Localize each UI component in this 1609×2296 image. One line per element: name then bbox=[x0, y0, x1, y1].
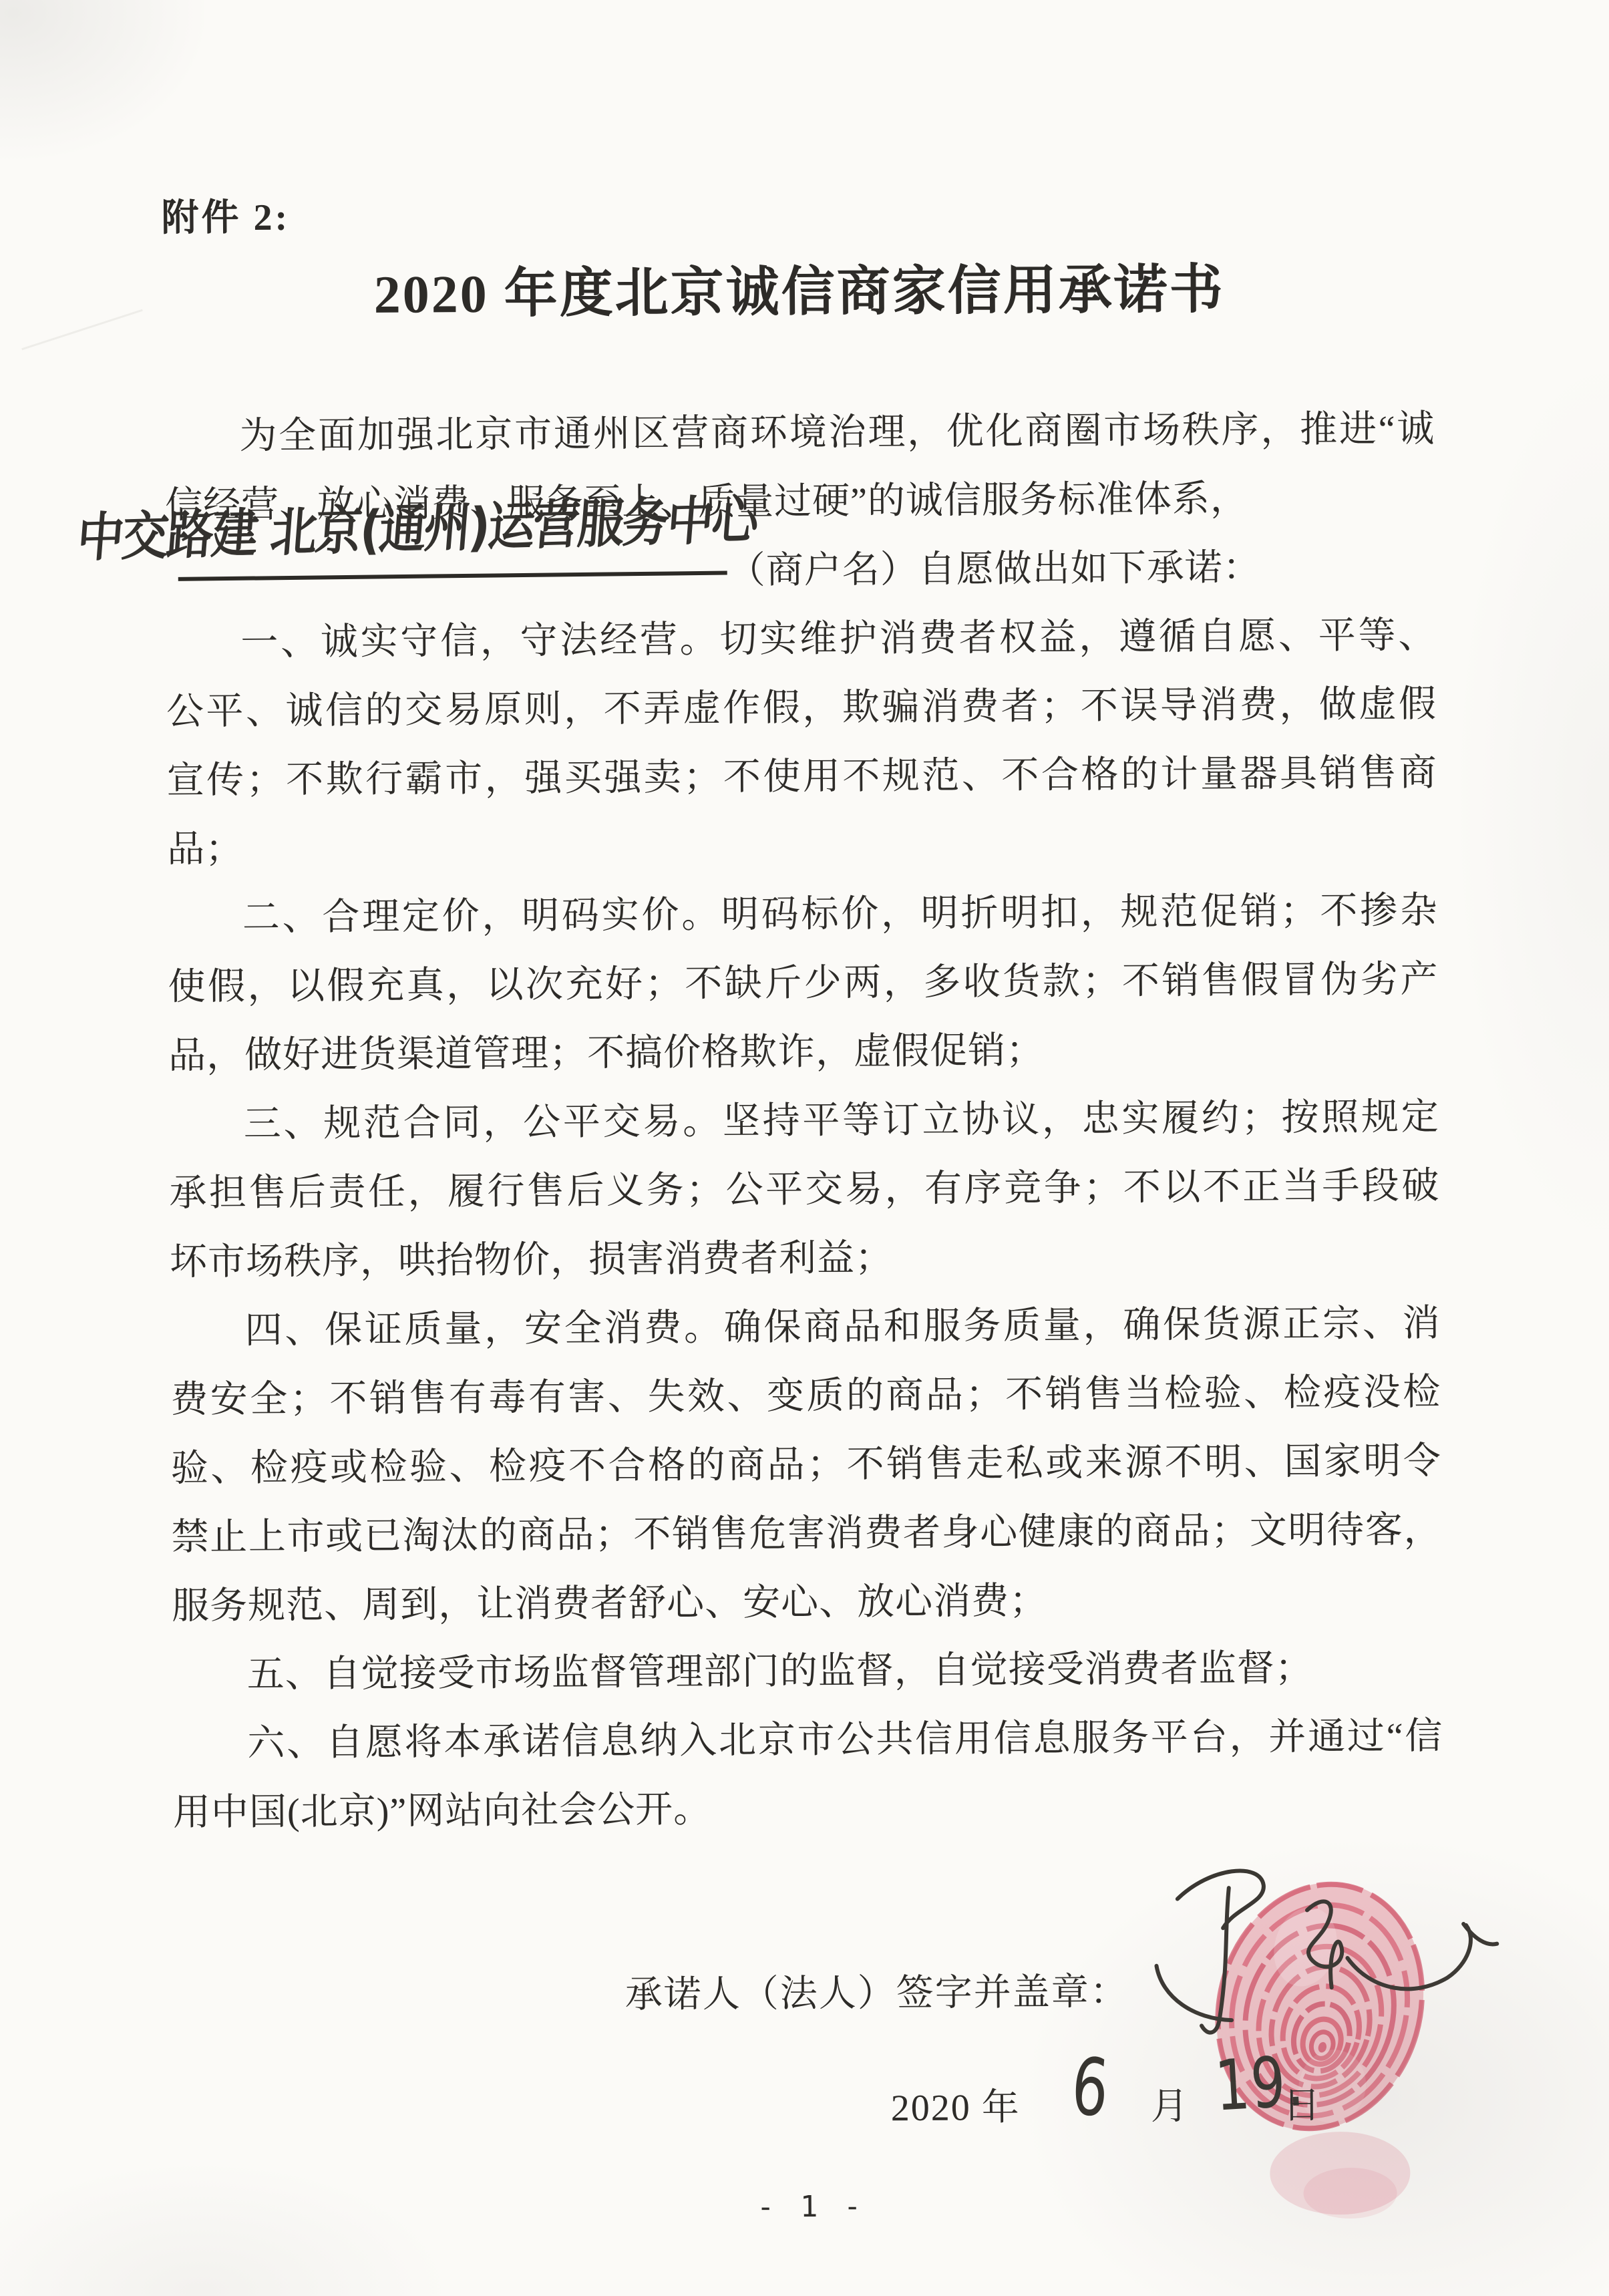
commitment-6-line: 六、自愿将本承诺信息纳入北京市公共信用信息服务平台，并通过“信 bbox=[172, 1702, 1443, 1779]
date-year-printed: 2020 年 bbox=[891, 2078, 1021, 2132]
commitment-4-line: 四、保证质量，安全消费。确保商品和服务质量，确保货源正宗、消 bbox=[170, 1289, 1441, 1366]
commitment-1-line: 宣传；不欺行霸市，强买强卖；不使用不规范、不合格的计量器具销售商 bbox=[166, 739, 1437, 816]
commitment-4-line: 服务规范、周到，让消费者舒心、安心、放心消费； bbox=[172, 1565, 1443, 1641]
commitment-6-line: 用中国(北京)”网站向社会公开。 bbox=[173, 1771, 1444, 1848]
commitment-5-line: 五、自觉接受市场监督管理部门的监督，自觉接受消费者监督； bbox=[172, 1633, 1443, 1710]
commitment-4-line: 费安全；不销售有毒有害、失效、变质的商品；不销售当检验、检疫没检 bbox=[170, 1358, 1441, 1435]
commitment-2-line: 品，做好进货渠道管理；不搞价格欺诈，虚假促销； bbox=[168, 1014, 1439, 1091]
commitment-3-line: 承担售后责任，履行售后义务；公平交易，有序竞争；不以不正当手段破 bbox=[169, 1152, 1440, 1228]
commitment-3-line: 三、规范合同，公平交易。坚持平等订立协议，忠实履约；按照规定 bbox=[168, 1083, 1439, 1160]
commitment-2-line: 二、合理定价，明码实价。明码标价，明折明扣，规范促销；不掺杂 bbox=[168, 876, 1439, 953]
commitment-1-line: 品； bbox=[167, 808, 1438, 884]
commitment-4-line: 验、检疫或检验、检疫不合格的商品；不销售走私或来源不明、国家明令 bbox=[171, 1427, 1442, 1504]
date-month-printed: 月 bbox=[1151, 2077, 1190, 2130]
intro-line: 为全面加强北京市通州区营商环境治理，优化商圈市场秩序，推进“诚 bbox=[164, 395, 1435, 472]
document-page: 附件 2: 2020 年度北京诚信商家信用承诺书 为全面加强北京市通州区营商环境… bbox=[0, 0, 1609, 2296]
merchant-name-printed-suffix: （商户名）自愿做出如下承诺： bbox=[727, 534, 1261, 606]
document-title: 2020 年度北京诚信商家信用承诺书 bbox=[0, 244, 1604, 331]
commitment-4-line: 禁止上市或已淘汰的商品；不销售危害消费者身心健康的商品；文明待客， bbox=[171, 1496, 1442, 1573]
legal-person-signature bbox=[1091, 1845, 1507, 2058]
commitment-2-line: 使假，以假充真，以次充好；不缺斤少两，多收货款；不销售假冒伪劣产 bbox=[168, 945, 1439, 1022]
commitment-1-line: 一、诚实守信，守法经营。切实维护消费者权益，遵循自愿、平等、 bbox=[166, 601, 1437, 678]
signature-label: 承诺人（法人）签字并盖章： bbox=[624, 1962, 1128, 2019]
scanned-document-page: { "doc": { "attachment_label": "附件 2:", … bbox=[0, 0, 1609, 2296]
date-month-handwritten: 6 bbox=[1069, 2039, 1112, 2134]
commitment-1-line: 公平、诚信的交易原则，不弄虚作假，欺骗消费者；不误导消费，做虚假 bbox=[166, 670, 1437, 747]
commitment-3-line: 坏市场秩序，哄抬物价，损害消费者利益； bbox=[170, 1220, 1441, 1297]
date-day-printed: 日 bbox=[1282, 2076, 1321, 2129]
attachment-label: 附件 2: bbox=[161, 188, 290, 242]
